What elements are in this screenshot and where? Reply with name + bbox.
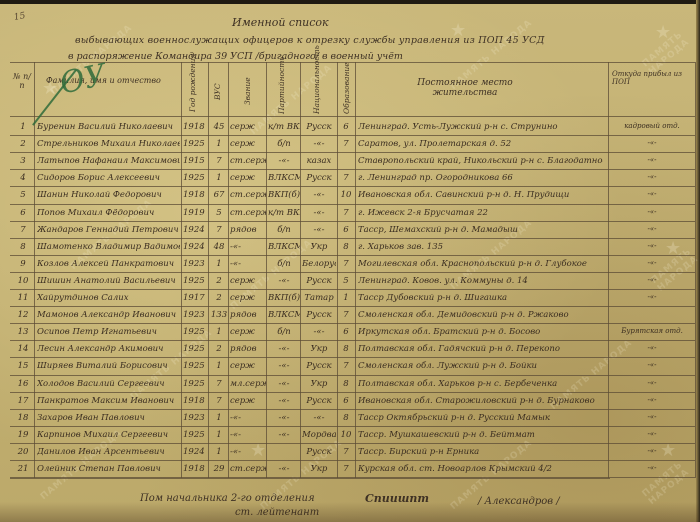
vus-code: 1 — [210, 361, 228, 371]
military-rank: -«- — [230, 430, 266, 440]
vus-code: 1 — [210, 413, 228, 423]
military-rank: -«- — [230, 413, 266, 423]
military-rank: -«- — [230, 259, 266, 269]
military-rank: серж — [230, 276, 266, 286]
vus-code: 7 — [210, 379, 228, 389]
nationality: -«- — [302, 327, 336, 337]
nationality: -«- — [302, 139, 336, 149]
column-header-num: № п/п — [12, 72, 32, 90]
home-address: Ивановская обл. Старожиловский р-н д. Бу… — [358, 396, 603, 406]
row-number: 8 — [12, 242, 34, 252]
nationality: Русск — [302, 361, 336, 371]
birth-year: 1925 — [183, 173, 207, 183]
archive-page-mark: 15 — [13, 11, 26, 23]
vus-code: 1 — [210, 139, 228, 149]
home-address: г. Ленинград пр. Огородникова 66 — [358, 173, 603, 183]
party-membership: ВКП(б) — [268, 190, 300, 200]
education-grade: 7 — [339, 310, 353, 320]
nationality: Мордва — [302, 430, 336, 440]
origin-note: кадровый отд. — [612, 122, 692, 130]
soldier-name: Захаров Иван Павлович — [37, 413, 180, 423]
signatory-rank: ст. лейтенант — [235, 507, 319, 518]
soldier-name: Олейник Степан Павлович — [37, 464, 180, 474]
soldier-name: Осипов Петр Игнатьевич — [37, 327, 180, 337]
origin-note: -«- — [612, 344, 692, 352]
party-membership: к/т ВКП(б) — [268, 122, 300, 132]
party-membership: -«- — [268, 396, 300, 406]
party-membership: -«- — [268, 464, 300, 474]
row-number: 1 — [12, 122, 34, 132]
row-number: 15 — [12, 361, 34, 371]
education-grade: 10 — [339, 190, 353, 200]
soldier-name: Карпинов Михаил Сергеевич — [37, 430, 180, 440]
party-membership: б/п — [268, 259, 300, 269]
column-header-nationality: Национальность — [312, 45, 321, 114]
party-membership: -«- — [268, 430, 300, 440]
birth-year: 1925 — [183, 327, 207, 337]
education-grade: 6 — [339, 225, 353, 235]
nationality: Русск — [302, 447, 336, 457]
soldier-name: Сидоров Борис Алексеевич — [37, 173, 180, 183]
column-header-rank: Звание — [243, 77, 252, 105]
party-membership: ВЛКСМ — [268, 242, 300, 252]
party-membership: -«- — [268, 344, 300, 354]
soldier-name: Мамонов Александр Иванович — [37, 310, 180, 320]
nationality: казах — [302, 156, 336, 166]
home-address: Ленинград. Усть-Лужский р-н с. Струнино — [358, 122, 603, 132]
origin-note: -«- — [612, 413, 692, 421]
nationality: Русск — [302, 310, 336, 320]
education-grade: 7 — [339, 208, 353, 218]
vus-code: 2 — [210, 344, 228, 354]
home-address: Иркутская обл. Братский р-н д. Босово — [358, 327, 603, 337]
education-grade: 6 — [339, 122, 353, 132]
birth-year: 1918 — [183, 396, 207, 406]
military-rank: серж — [230, 122, 266, 132]
soldier-name: Панкратов Максим Иванович — [37, 396, 180, 406]
row-number: 3 — [12, 156, 34, 166]
origin-note: -«- — [612, 173, 692, 181]
home-address: г. Ижевск 2-я Брусчатая 22 — [358, 208, 603, 218]
vus-code: 29 — [210, 464, 228, 474]
education-grade: 6 — [339, 396, 353, 406]
column-header-education: Образование — [342, 62, 351, 114]
vus-code: 5 — [210, 208, 228, 218]
education-grade: 8 — [339, 379, 353, 389]
education-grade: 8 — [339, 344, 353, 354]
birth-year: 1925 — [183, 139, 207, 149]
birth-year: 1925 — [183, 361, 207, 371]
column-header-vus: ВУС — [213, 83, 222, 100]
row-number: 7 — [12, 225, 34, 235]
military-rank: серж — [230, 139, 266, 149]
military-rank: -«- — [230, 242, 266, 252]
origin-note: -«- — [612, 464, 692, 472]
home-address: Смоленская обл. Демидовский р-н д. Ржако… — [358, 310, 603, 320]
row-number: 9 — [12, 259, 34, 269]
origin-note: -«- — [612, 361, 692, 369]
party-membership: -«- — [268, 276, 300, 286]
soldier-name: Данилов Иван Арсентьевич — [37, 447, 180, 457]
origin-note: -«- — [612, 259, 692, 267]
nationality: Русск — [302, 396, 336, 406]
education-grade: 7 — [339, 173, 353, 183]
origin-note: -«- — [612, 208, 692, 216]
nationality: Татар — [302, 293, 336, 303]
row-number: 18 — [12, 413, 34, 423]
birth-year: 1925 — [183, 276, 207, 286]
row-number: 16 — [12, 379, 34, 389]
column-header-party: Партийность — [277, 57, 286, 114]
row-number: 2 — [12, 139, 34, 149]
row-divider — [10, 477, 695, 478]
birth-year: 1918 — [183, 190, 207, 200]
home-address: Могилевская обл. Краснопольский р-н д. Г… — [358, 259, 603, 269]
home-address: Смоленская обл. Лужский р-н д. Бойки — [358, 361, 603, 371]
nationality: Укр — [302, 344, 336, 354]
vus-code: 48 — [210, 242, 228, 252]
home-address: Тасср. Мушкашевский р-н д. Бейтмат — [358, 430, 603, 440]
education-grade: 7 — [339, 361, 353, 371]
vus-code: 1 — [210, 173, 228, 183]
nationality: Укр — [302, 379, 336, 389]
soldier-name: Жандаров Геннадий Петрович — [37, 225, 180, 235]
birth-year: 1917 — [183, 293, 207, 303]
birth-year: 1918 — [183, 122, 207, 132]
scan-edge-top — [0, 0, 700, 4]
soldier-name: Буренин Василий Николаевич — [37, 122, 180, 132]
vus-code: 45 — [210, 122, 228, 132]
birth-year: 1925 — [183, 379, 207, 389]
party-membership: -«- — [268, 413, 300, 423]
home-address: Тасср, Шемахский р-н д. Мамадыш — [358, 225, 603, 235]
education-grade: 7 — [339, 447, 353, 457]
home-address: Тасср Октябрьский р-н д. Русский Мамык — [358, 413, 603, 423]
soldier-name: Латыпов Нафанаил Максимович — [37, 156, 180, 166]
birth-year: 1924 — [183, 225, 207, 235]
soldier-name: Стрельников Михаил Николаевич — [37, 139, 180, 149]
soldier-name: Шишин Анатолий Васильевич — [37, 276, 180, 286]
origin-note: -«- — [612, 156, 692, 164]
green-ink-annotation: ОУ — [57, 58, 110, 102]
nationality: Русск — [302, 276, 336, 286]
education-grade: 7 — [339, 464, 353, 474]
nationality: Белорус — [302, 259, 336, 269]
soldier-name: Ширяев Виталий Борисович — [37, 361, 180, 371]
military-rank: рядов — [230, 310, 266, 320]
birth-year: 1923 — [183, 259, 207, 269]
origin-note: -«- — [612, 396, 692, 404]
row-number: 19 — [12, 430, 34, 440]
education-grade: 5 — [339, 276, 353, 286]
signatory-position: Пом начальника 2-го отделения — [140, 493, 315, 504]
origin-note: -«- — [612, 293, 692, 301]
origin-note: -«- — [612, 242, 692, 250]
birth-year: 1924 — [183, 242, 207, 252]
home-address: г. Харьков зав. 135 — [358, 242, 603, 252]
origin-note: -«- — [612, 379, 692, 387]
home-address: Тасср Дубовский р-н д. Шигашка — [358, 293, 603, 303]
home-address: Курская обл. ст. Новоарлов Крымский 4/2 — [358, 464, 603, 474]
row-number: 4 — [12, 173, 34, 183]
birth-year: 1923 — [183, 310, 207, 320]
vus-code: 133 — [210, 310, 228, 320]
military-rank: рядов — [230, 344, 266, 354]
vus-code: 7 — [210, 156, 228, 166]
document-title: Именной список — [232, 16, 329, 29]
education-grade: 7 — [339, 139, 353, 149]
home-address: Полтавская обл. Харьков р-н с. Бербеченк… — [358, 379, 603, 389]
origin-note: -«- — [612, 447, 692, 455]
military-rank: серж — [230, 327, 266, 337]
education-grade: 6 — [339, 327, 353, 337]
military-rank: серж — [230, 396, 266, 406]
nationality: Русск — [302, 122, 336, 132]
party-membership: ВКП(б) — [268, 293, 300, 303]
row-number: 13 — [12, 327, 34, 337]
soldier-name: Попов Михаил Фёдорович — [37, 208, 180, 218]
home-address: Саратов, ул. Пролетарская д. 52 — [358, 139, 603, 149]
birth-year: 1923 — [183, 413, 207, 423]
vus-code: 1 — [210, 430, 228, 440]
military-rank: ст.серж — [230, 208, 266, 218]
military-rank: мл.серж — [230, 379, 266, 389]
row-number: 12 — [12, 310, 34, 320]
party-membership: б/п — [268, 139, 300, 149]
military-rank: ст.серж — [230, 190, 266, 200]
vus-code: 1 — [210, 447, 228, 457]
education-grade: 8 — [339, 413, 353, 423]
vus-code: 1 — [210, 327, 228, 337]
row-number: 11 — [12, 293, 34, 303]
party-membership: -«- — [268, 379, 300, 389]
party-membership: -«- — [268, 156, 300, 166]
soldier-name: Козлов Алексей Панкратович — [37, 259, 180, 269]
soldier-name: Лесин Александр Акимович — [37, 344, 180, 354]
home-address: Ставропольский край, Никольский р-н с. Б… — [358, 156, 603, 166]
soldier-name: Шамотенко Владимир Вадимович — [37, 242, 180, 252]
birth-year: 1925 — [183, 344, 207, 354]
party-membership: б/п — [268, 225, 300, 235]
military-rank: серж — [230, 293, 266, 303]
military-rank: серж — [230, 361, 266, 371]
party-membership: ВЛКСМ — [268, 173, 300, 183]
home-address: Полтавская обл. Гадячский р-н д. Перекоп… — [358, 344, 603, 354]
origin-note: -«- — [612, 430, 692, 438]
party-membership: б/п — [268, 327, 300, 337]
soldier-name: Шанин Николай Федорович — [37, 190, 180, 200]
row-number: 10 — [12, 276, 34, 286]
party-membership: -«- — [268, 361, 300, 371]
military-rank: ст.серж — [230, 156, 266, 166]
soldier-name: Холодов Василий Сергеевич — [37, 379, 180, 389]
nationality: Укр — [302, 242, 336, 252]
military-rank: -«- — [230, 447, 266, 457]
party-membership: ВЛКСМ — [268, 310, 300, 320]
nationality: Укр — [302, 464, 336, 474]
nationality: Русск — [302, 173, 336, 183]
origin-note: -«- — [612, 139, 692, 147]
column-header-address: Постоянное место жительства — [390, 78, 540, 98]
handwritten-signature: Спиишпт — [365, 492, 429, 505]
birth-year: 1925 — [183, 430, 207, 440]
military-rank: рядов — [230, 225, 266, 235]
document-subtitle-line2: в распоряжение Командира 39 УСП /бригадн… — [68, 51, 403, 62]
row-number: 20 — [12, 447, 34, 457]
education-grade: 7 — [339, 259, 353, 269]
row-number: 5 — [12, 190, 34, 200]
nationality: -«- — [302, 190, 336, 200]
vus-code: 1 — [210, 259, 228, 269]
vus-code: 7 — [210, 396, 228, 406]
home-address: Тасср. Бирский р-н Ерника — [358, 447, 603, 457]
column-header-year: Год рождения — [188, 54, 197, 112]
education-grade: 8 — [339, 242, 353, 252]
soldier-name: Хайрутдинов Салих — [37, 293, 180, 303]
origin-note: -«- — [612, 225, 692, 233]
nationality: -«- — [302, 413, 336, 423]
row-number: 6 — [12, 208, 34, 218]
origin-note: Бурятская отд. — [612, 327, 692, 335]
military-rank: серж — [230, 173, 266, 183]
education-grade: 1 — [339, 293, 353, 303]
home-address: Ивановская обл. Савинский р-н д. Н. Пруд… — [358, 190, 603, 200]
nationality: -«- — [302, 225, 336, 235]
military-rank: ст.серж — [230, 464, 266, 474]
vus-code: 2 — [210, 293, 228, 303]
home-address: Ленинград. Ковов. ул. Коммуны д. 14 — [358, 276, 603, 286]
signatory-name: / Александров / — [478, 496, 560, 507]
birth-year: 1915 — [183, 156, 207, 166]
row-number: 17 — [12, 396, 34, 406]
education-grade: 10 — [339, 430, 353, 440]
document-subtitle-line1: выбывающих военнослужащих офицеров к отр… — [75, 35, 545, 46]
origin-note: -«- — [612, 276, 692, 284]
party-membership: к/т ВКП(б) — [268, 208, 300, 218]
birth-year: 1924 — [183, 447, 207, 457]
birth-year: 1918 — [183, 464, 207, 474]
vus-code: 2 — [210, 276, 228, 286]
birth-year: 1919 — [183, 208, 207, 218]
column-header-origin: Откуда прибыл из ПОП — [612, 70, 692, 86]
archival-document-scan: ★ ★ ★ ★ ★ ★ ПАМЯТЬ НАРОДА ПАМЯТЬ НАРОДА … — [0, 0, 700, 522]
vus-code: 67 — [210, 190, 228, 200]
row-number: 14 — [12, 344, 34, 354]
vus-code: 7 — [210, 225, 228, 235]
origin-note: -«- — [612, 190, 692, 198]
nationality: -«- — [302, 208, 336, 218]
row-number: 21 — [12, 464, 34, 474]
